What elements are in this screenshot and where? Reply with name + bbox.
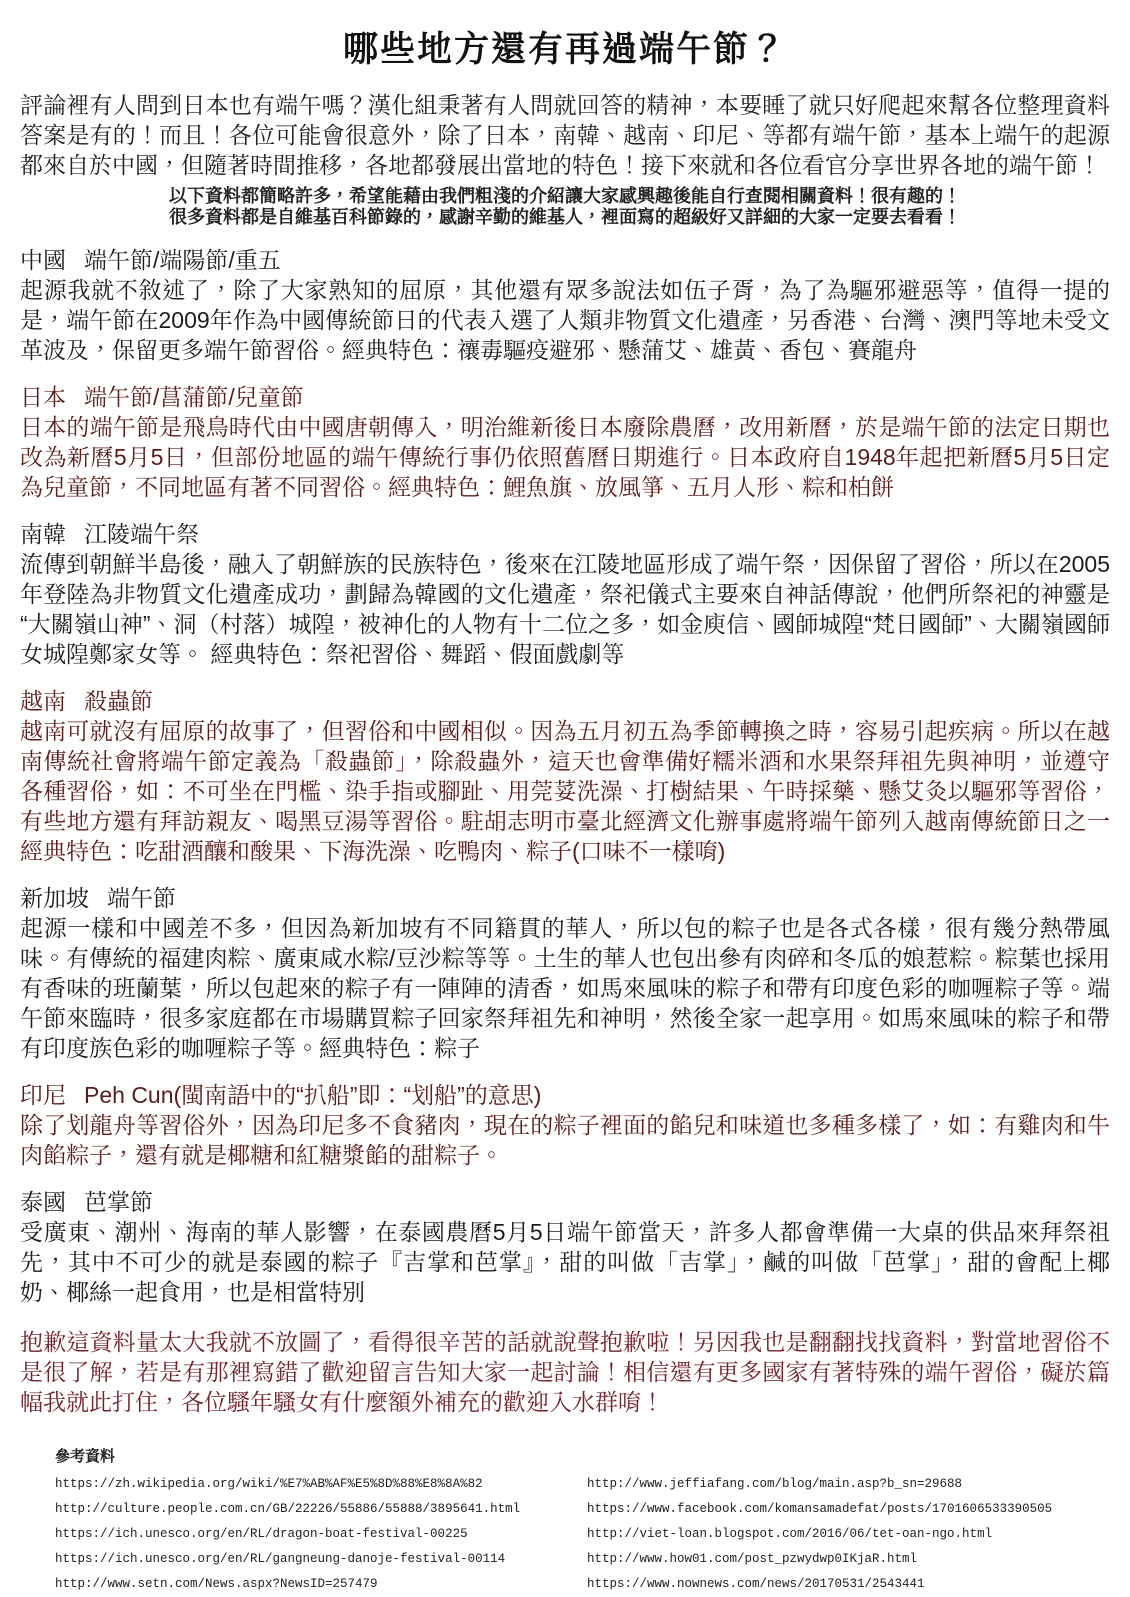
- section-heading: 新加坡端午節: [20, 883, 1110, 913]
- section-heading: 日本端午節/菖蒲節/兒童節: [20, 382, 1110, 412]
- page-title: 哪些地方還有再過端午節？: [0, 22, 1130, 72]
- section-country: 日本: [20, 384, 66, 410]
- section-heading: 中國端午節/端陽節/重五: [20, 245, 1110, 275]
- reference-link[interactable]: https://zh.wikipedia.org/wiki/%E7%AB%AF%…: [55, 1472, 587, 1497]
- section-body: 越南可就沒有屈原的故事了，但習俗和中國相似。因為五月初五為季節轉換之時，容易引起…: [20, 716, 1110, 866]
- section-singapore: 新加坡端午節 起源一樣和中國差不多，但因為新加坡有不同籍貫的華人，所以包的粽子也…: [20, 883, 1110, 1063]
- section-country: 南韓: [20, 521, 66, 547]
- reference-link[interactable]: http://viet-loan.blogspot.com/2016/06/te…: [587, 1522, 1127, 1547]
- section-festival-name: 端午節/菖蒲節/兒童節: [84, 384, 304, 410]
- closing-paragraph: 抱歉這資料量太大我就不放圖了，看得很辛苦的話就說聲抱歉啦！另因我也是翻翻找找資料…: [20, 1327, 1110, 1417]
- reference-link[interactable]: https://www.nownews.com/news/20170531/25…: [587, 1572, 1127, 1597]
- section-body: 除了划龍舟等習俗外，因為印尼多不食豬肉，現在的粽子裡面的餡兒和味道也多種多樣了，…: [20, 1110, 1110, 1170]
- section-body: 起源我就不敘述了，除了大家熟知的屈原，其他還有眾多說法如伍子胥，為了為驅邪避惡等…: [20, 275, 1110, 365]
- reference-link[interactable]: http://culture.people.com.cn/GB/22226/55…: [55, 1497, 587, 1522]
- section-heading: 印尼Peh Cun(閩南語中的“扒船”即：“划船”的意思): [20, 1080, 1110, 1110]
- reference-link[interactable]: http://www.jeffiafang.com/blog/main.asp?…: [587, 1472, 1127, 1497]
- section-body: 受廣東、潮州、海南的華人影響，在泰國農曆5月5日端午節當天，許多人都會準備一大桌…: [20, 1217, 1110, 1307]
- section-vietnam: 越南殺蟲節 越南可就沒有屈原的故事了，但習俗和中國相似。因為五月初五為季節轉換之…: [20, 686, 1110, 866]
- reference-link[interactable]: https://www.facebook.com/komansamadefat/…: [587, 1497, 1127, 1522]
- section-country: 新加坡: [20, 885, 89, 911]
- intro-note-line-2: 很多資料都是自維基百科節錄的，感謝辛勤的維基人，裡面寫的超級好又詳細的大家一定要…: [0, 207, 1130, 228]
- section-thailand: 泰國芭掌節 受廣東、潮州、海南的華人影響，在泰國農曆5月5日端午節當天，許多人都…: [20, 1187, 1110, 1307]
- reference-link[interactable]: http://www.how01.com/post_pzwydwp0IKjaR.…: [587, 1547, 1127, 1572]
- section-indonesia: 印尼Peh Cun(閩南語中的“扒船”即：“划船”的意思) 除了划龍舟等習俗外，…: [20, 1080, 1110, 1170]
- reference-link[interactable]: https://ich.unesco.org/en/RL/dragon-boat…: [55, 1522, 587, 1547]
- section-festival-name: Peh Cun(閩南語中的“扒船”即：“划船”的意思): [84, 1082, 541, 1108]
- reference-link[interactable]: https://ich.unesco.org/en/RL/gangneung-d…: [55, 1547, 587, 1572]
- references-columns: https://zh.wikipedia.org/wiki/%E7%AB%AF%…: [55, 1472, 1130, 1597]
- section-china: 中國端午節/端陽節/重五 起源我就不敘述了，除了大家熟知的屈原，其他還有眾多說法…: [20, 245, 1110, 365]
- section-country: 印尼: [20, 1082, 66, 1108]
- intro-note-line-1: 以下資料都簡略許多，希望能藉由我們粗淺的介紹讓大家感興趣後能自行查閱相關資料！很…: [0, 186, 1130, 207]
- document-page: 哪些地方還有再過端午節？ 評論裡有人問到日本也有端午嗎？漢化組秉著有人問就回答的…: [0, 0, 1130, 1597]
- reference-link[interactable]: http://www.setn.com/News.aspx?NewsID=257…: [55, 1572, 587, 1597]
- section-heading: 泰國芭掌節: [20, 1187, 1110, 1217]
- section-body: 起源一樣和中國差不多，但因為新加坡有不同籍貫的華人，所以包的粽子也是各式各樣，很…: [20, 913, 1110, 1063]
- intro-paragraph: 評論裡有人問到日本也有端午嗎？漢化組秉著有人問就回答的精神，本要睡了就只好爬起來…: [20, 90, 1110, 180]
- intro-note: 以下資料都簡略許多，希望能藉由我們粗淺的介紹讓大家感興趣後能自行查閱相關資料！很…: [0, 186, 1130, 228]
- section-festival-name: 端午節/端陽節/重五: [84, 247, 281, 273]
- section-festival-name: 江陵端午祭: [84, 521, 199, 547]
- section-japan: 日本端午節/菖蒲節/兒童節 日本的端午節是飛鳥時代由中國唐朝傳入，明治維新後日本…: [20, 382, 1110, 502]
- section-heading: 越南殺蟲節: [20, 686, 1110, 716]
- section-country: 中國: [20, 247, 66, 273]
- section-festival-name: 殺蟲節: [84, 688, 153, 714]
- section-country: 越南: [20, 688, 66, 714]
- references-right-column: http://www.jeffiafang.com/blog/main.asp?…: [587, 1472, 1127, 1597]
- section-festival-name: 端午節: [107, 885, 176, 911]
- references: 參考資料 https://zh.wikipedia.org/wiki/%E7%A…: [55, 1445, 1130, 1597]
- section-heading: 南韓江陵端午祭: [20, 519, 1110, 549]
- references-heading: 參考資料: [55, 1445, 1130, 1466]
- section-body: 流傳到朝鮮半島後，融入了朝鮮族的民族特色，後來在江陵地區形成了端午祭，因保留了習…: [20, 549, 1110, 669]
- section-body: 日本的端午節是飛鳥時代由中國唐朝傳入，明治維新後日本廢除農曆，改用新曆，於是端午…: [20, 412, 1110, 502]
- section-country: 泰國: [20, 1189, 66, 1215]
- section-south-korea: 南韓江陵端午祭 流傳到朝鮮半島後，融入了朝鮮族的民族特色，後來在江陵地區形成了端…: [20, 519, 1110, 669]
- references-left-column: https://zh.wikipedia.org/wiki/%E7%AB%AF%…: [55, 1472, 587, 1597]
- section-festival-name: 芭掌節: [84, 1189, 153, 1215]
